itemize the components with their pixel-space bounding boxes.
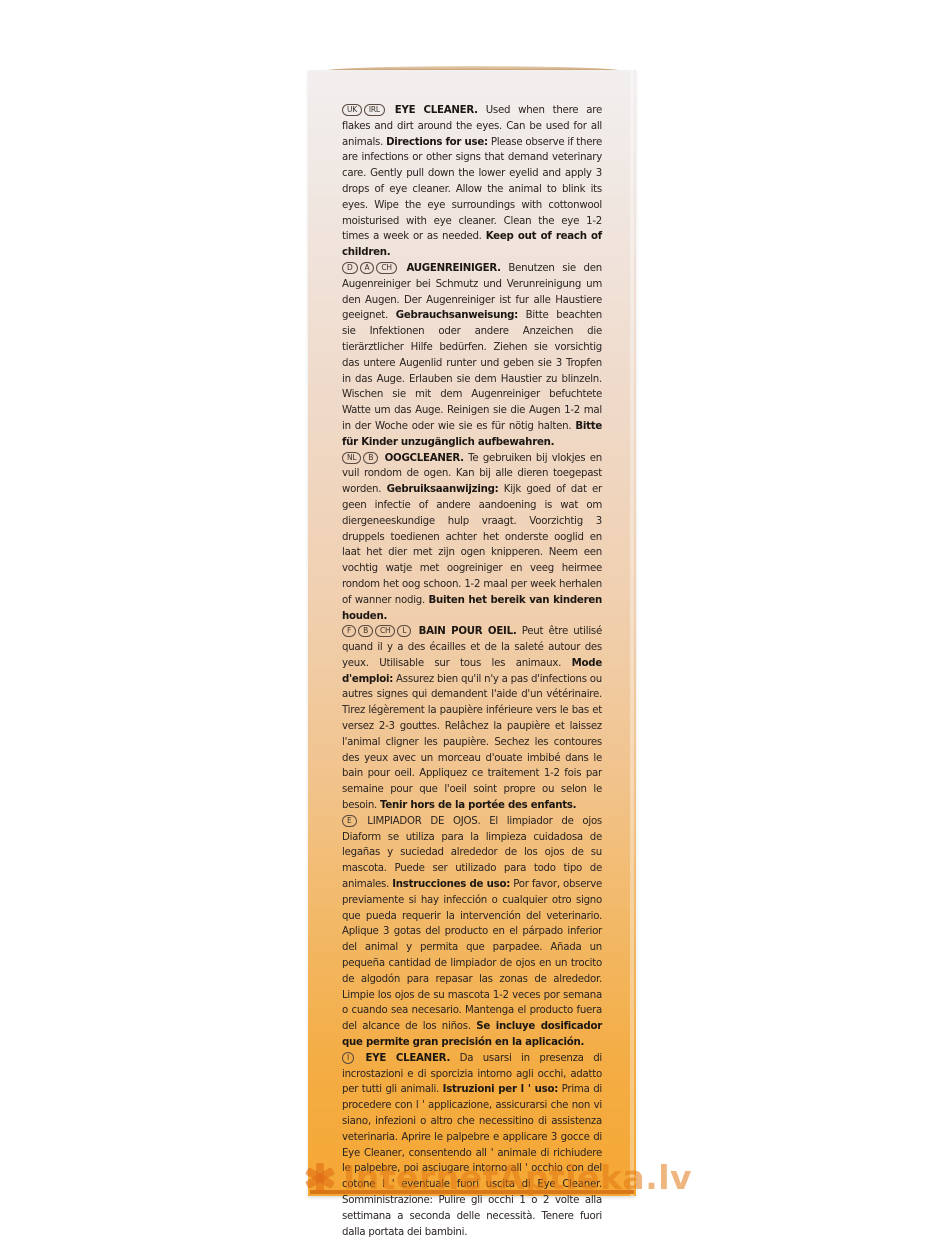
instruction-text: Assurez bien qu'il n'y a pas d'infection… [342,674,602,811]
bold-instruction-text: Directions for use: [386,137,488,148]
country-code-badge: A [360,262,375,274]
section-title: EYE CLEANER. [366,1053,451,1064]
box-right-edge [630,70,634,1196]
watermark-text: InternetAptieka.lv [343,1158,692,1197]
bold-instruction-text: Gebruiksaanwijzing: [387,484,499,495]
instruction-text: Bitte beachten sie Infektionen oder ande… [342,310,602,432]
language-section: I EYE CLEANER. Da usarsi in presenza di … [342,1051,602,1241]
country-code-badge: NL [342,452,361,464]
country-code-badge: UK [342,104,362,116]
country-code-badge: D [342,262,358,274]
section-title: AUGENREINIGER. [406,263,500,274]
country-code-badge: B [363,452,378,464]
country-code-badge: CH [376,262,396,274]
country-code-badge: IRL [364,104,385,116]
instruction-text: Por favor, observe previamente si hay in… [342,879,602,1032]
asterisk-logo-icon [305,1163,335,1193]
instruction-text: Please observe if there are infections o… [342,137,602,243]
country-code-badge: B [358,625,373,637]
section-title: EYE CLEANER. [395,105,478,116]
language-section: NLB OOGCLEANER. Te gebruiken bij vlokjes… [342,451,602,625]
bold-instruction-text: Gebrauchsanweisung: [396,310,518,321]
country-code-badge: E [342,815,357,827]
watermark: InternetAptieka.lv [305,1158,692,1197]
language-section: FBCHL BAIN POUR OEIL. Peut être utilisé … [342,624,602,814]
language-section: UKIRL EYE CLEANER. Used when there are f… [342,103,602,261]
language-section: DACH AUGENREINIGER. Benutzen sie den Aug… [342,261,602,451]
bold-instruction-text: Instrucciones de uso: [392,879,510,890]
country-code-badge: CH [375,625,395,637]
section-title: BAIN POUR OEIL. [419,626,517,637]
country-code-badge: I [342,1052,354,1064]
country-code-badge: F [342,625,356,637]
language-section: E LIMPIADOR DE OJOS. El limpiador de ojo… [342,814,602,1051]
bold-instruction-text: Tenir hors de la portée des enfants. [380,800,576,811]
section-title: OOGCLEANER. [385,453,464,464]
country-code-badge: L [397,625,411,637]
instructions-text-block: UKIRL EYE CLEANER. Used when there are f… [342,103,602,1240]
section-title: LIMPIADOR DE OJOS. [367,816,480,827]
bold-instruction-text: Istruzioni per l ' uso: [443,1084,558,1095]
instruction-text: Kijk goed of dat er geen infectie of and… [342,484,602,606]
